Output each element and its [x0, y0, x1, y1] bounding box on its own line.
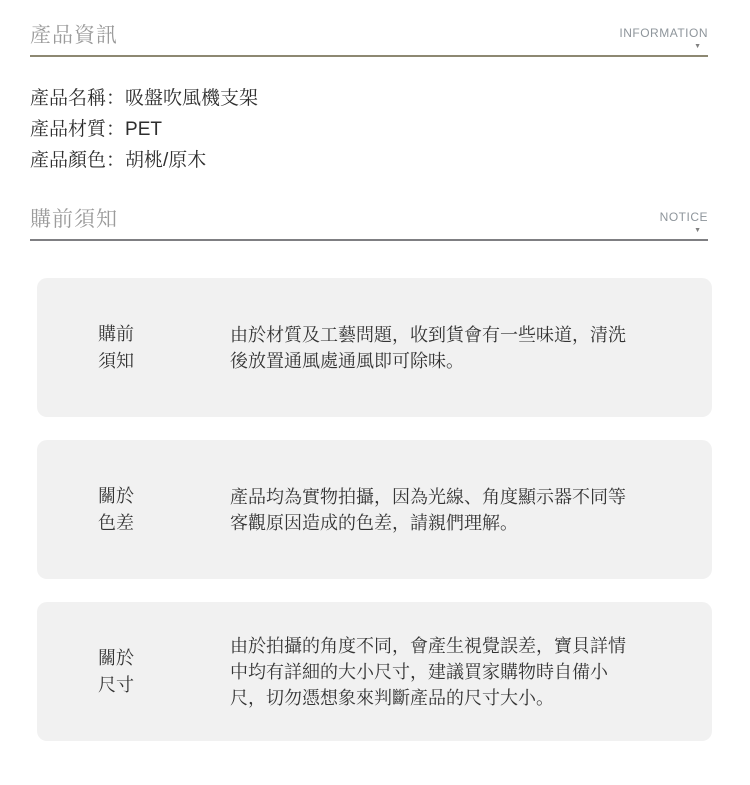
notice-card-size: 關於 尺寸 由於拍攝的角度不同，會產生視覺誤差，寶貝詳情中均有詳細的大小尺寸，建…: [37, 602, 712, 741]
notice-section-title: 購前須知: [30, 205, 118, 235]
spec-label: 產品顏色: [30, 150, 106, 171]
product-info-page: 產品資訊 INFORMATION ▼ 產品名稱：吸盤吹風機支架 產品材質：PET…: [0, 0, 750, 785]
spec-row-color: 產品顏色：胡桃/原木: [30, 145, 750, 176]
info-section-header: 產品資訊 INFORMATION ▼: [30, 0, 708, 57]
spec-separator: ：: [106, 119, 125, 140]
notice-section-tag: NOTICE: [660, 210, 708, 224]
notice-card-list: 購前 須知 由於材質及工藝問題，收到貨會有一些味道，清洗後放置通風處通風即可除味…: [0, 278, 750, 741]
spec-row-name: 產品名稱：吸盤吹風機支架: [30, 83, 750, 114]
notice-card-text: 由於拍攝的角度不同，會產生視覺誤差，寶貝詳情中均有詳細的大小尺寸，建議買家購物時…: [230, 633, 634, 711]
notice-card-text: 產品均為實物拍攝，因為光線、角度顯示器不同等客觀原因造成的色差，請親們理解。: [230, 484, 634, 536]
spec-value: 胡桃/原木: [125, 150, 206, 171]
notice-card-label: 關於 尺寸: [98, 645, 140, 699]
notice-card-label: 關於 色差: [98, 483, 140, 537]
spec-label: 產品名稱: [30, 88, 106, 109]
notice-card-text: 由於材質及工藝問題，收到貨會有一些味道，清洗後放置通風處通風即可除味。: [230, 322, 634, 374]
spec-separator: ：: [106, 150, 125, 171]
spec-label: 產品材質: [30, 119, 106, 140]
notice-section-header: 購前須知 NOTICE ▼: [30, 176, 708, 241]
notice-card-label-line2: 須知: [98, 348, 140, 375]
product-spec-list: 產品名稱：吸盤吹風機支架 產品材質：PET 產品顏色：胡桃/原木: [30, 83, 750, 176]
notice-card-label-line1: 購前: [98, 321, 140, 348]
info-section-tag: INFORMATION: [619, 26, 708, 40]
info-section-toggle[interactable]: INFORMATION ▼: [619, 26, 708, 51]
notice-card-color-difference: 關於 色差 產品均為實物拍攝，因為光線、角度顯示器不同等客觀原因造成的色差，請親…: [37, 440, 712, 579]
notice-card-label-line1: 關於: [98, 483, 140, 510]
notice-card-label-line1: 關於: [98, 645, 140, 672]
spec-value: 吸盤吹風機支架: [125, 88, 258, 109]
chevron-down-icon: ▼: [694, 42, 708, 51]
spec-separator: ：: [106, 88, 125, 109]
notice-card-label-line2: 色差: [98, 510, 140, 537]
notice-card-label: 購前 須知: [98, 321, 140, 375]
info-section-title: 產品資訊: [30, 21, 118, 51]
notice-card-label-line2: 尺寸: [98, 672, 140, 699]
spec-value: PET: [125, 119, 162, 140]
notice-section-toggle[interactable]: NOTICE ▼: [660, 210, 708, 235]
spec-row-material: 產品材質：PET: [30, 114, 750, 145]
chevron-down-icon: ▼: [694, 226, 708, 235]
notice-card-smell: 購前 須知 由於材質及工藝問題，收到貨會有一些味道，清洗後放置通風處通風即可除味…: [37, 278, 712, 417]
